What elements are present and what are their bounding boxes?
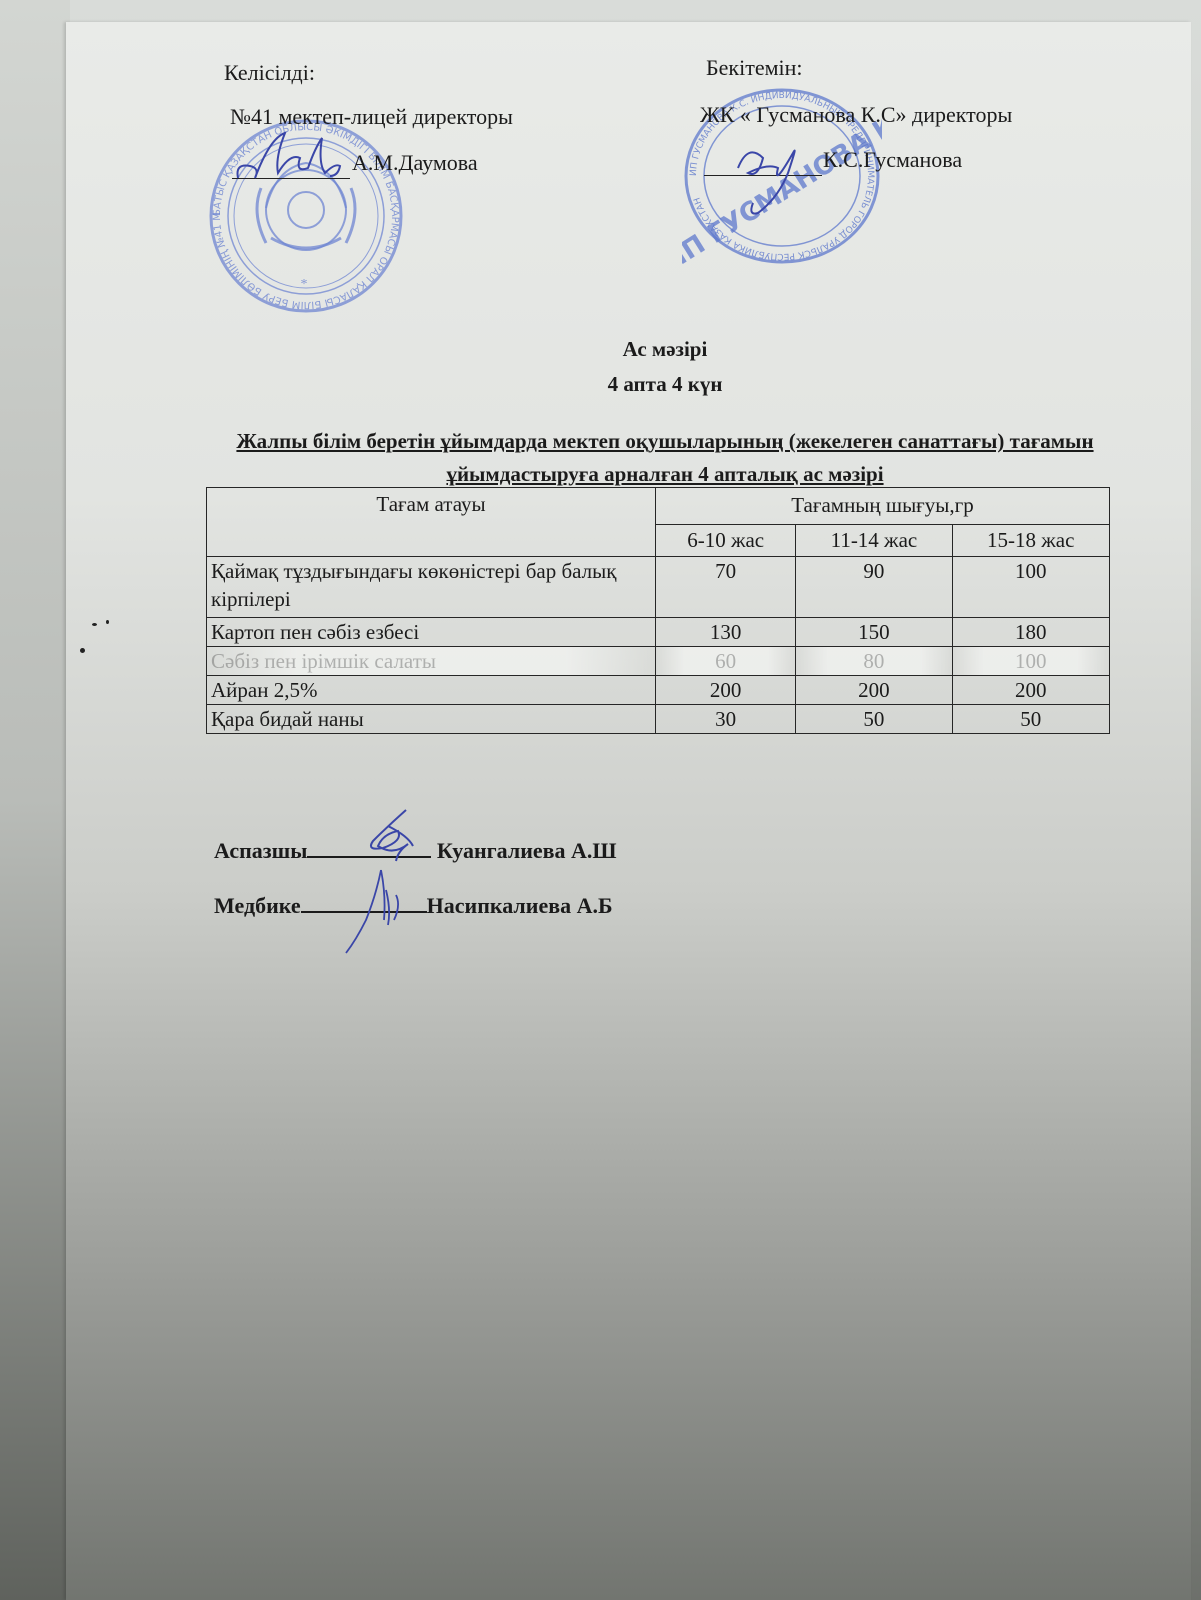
document-title: Ас мәзірі	[0, 337, 1201, 362]
nurse-signature-icon	[336, 865, 416, 955]
portion-cell: 200	[656, 676, 796, 705]
table-row: Қаймақ тұздығындағы көкөністері бар балы…	[207, 557, 1110, 618]
agreed-name: А.М.Даумова	[352, 150, 478, 176]
director-signature-right-icon	[718, 138, 828, 218]
agreed-role: №41 мектеп-лицей директоры	[230, 104, 513, 130]
table-row: Сәбіз пен ірімшік салаты6080100	[207, 647, 1110, 676]
approved-role: ЖК « Гусманова К.С» директоры	[700, 102, 1012, 128]
portion-cell: 70	[656, 557, 796, 618]
director-signature-left-icon	[230, 128, 360, 188]
svg-text:*: *	[301, 277, 308, 292]
portion-cell: 200	[952, 676, 1110, 705]
dish-name-cell: Қаймақ тұздығындағы көкөністері бар балы…	[207, 557, 656, 618]
document-period: 4 апта 4 күн	[0, 372, 1201, 397]
portion-cell: 30	[656, 705, 796, 734]
column-header-age-6-10: 6-10 жас	[656, 524, 796, 556]
approved-name: К.С.Гусманова	[823, 147, 962, 173]
portion-cell: 180	[952, 618, 1110, 647]
dish-name-cell: Картоп пен сәбіз езбесі	[207, 618, 656, 647]
cook-role: Аспазшы	[214, 838, 307, 863]
column-header-age-15-18: 15-18 жас	[952, 524, 1110, 556]
portion-cell: 50	[796, 705, 952, 734]
dish-name-cell: Сәбіз пен ірімшік салаты	[207, 647, 656, 676]
paper-speck	[80, 648, 85, 653]
paper-speck	[92, 623, 97, 626]
nurse-role: Медбике	[214, 893, 301, 918]
portion-cell: 100	[952, 557, 1110, 618]
portion-cell: 100	[952, 647, 1110, 676]
document-subtitle: Жалпы білім беретін ұйымдарда мектеп оқу…	[220, 425, 1110, 491]
menu-table-body: Қаймақ тұздығындағы көкөністері бар балы…	[207, 557, 1110, 734]
portion-cell: 130	[656, 618, 796, 647]
portion-cell: 150	[796, 618, 952, 647]
portion-cell: 200	[796, 676, 952, 705]
cook-name: Куангалиева А.Ш	[437, 838, 617, 863]
portion-cell: 90	[796, 557, 952, 618]
portion-cell: 80	[796, 647, 952, 676]
table-row: Айран 2,5%200200200	[207, 676, 1110, 705]
background-surface	[0, 0, 70, 1600]
column-header-portion-group: Тағамның шығуы,гр	[656, 488, 1110, 525]
portion-cell: 50	[952, 705, 1110, 734]
portion-cell: 60	[656, 647, 796, 676]
column-header-dish-name: Тағам атауы	[207, 488, 656, 557]
dish-name-cell: Айран 2,5%	[207, 676, 656, 705]
table-row: Қара бидай наны305050	[207, 705, 1110, 734]
approved-label: Бекітемін:	[706, 55, 803, 81]
table-row: Картоп пен сәбіз езбесі130150180	[207, 618, 1110, 647]
column-header-age-11-14: 11-14 жас	[796, 524, 952, 556]
agreed-label: Келісілді:	[224, 60, 315, 86]
nurse-name: Насипкалиева А.Б	[427, 893, 613, 918]
menu-table: Тағам атауы Тағамның шығуы,гр 6-10 жас 1…	[206, 487, 1110, 734]
paper-speck	[106, 620, 109, 624]
dish-name-cell: Қара бидай наны	[207, 705, 656, 734]
cook-signature-icon	[358, 806, 438, 866]
